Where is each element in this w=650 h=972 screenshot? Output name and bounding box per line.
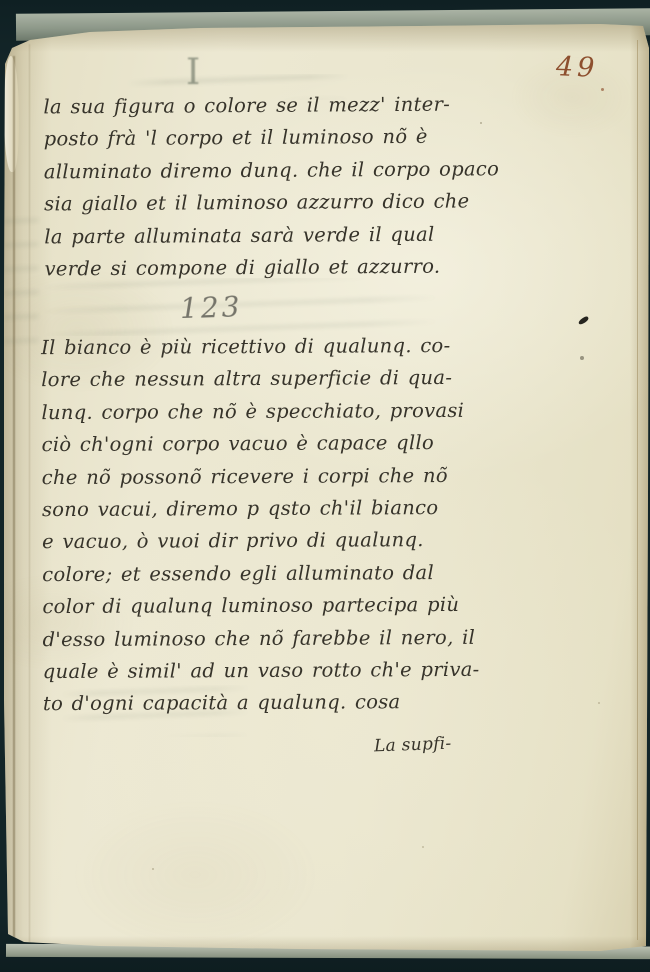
manuscript-line: to d'ogni capacità a qualunq. cosa — [43, 686, 467, 721]
ink-dot — [601, 88, 604, 91]
manuscript-line: sia giallo et il luminoso azzurro dico c… — [44, 186, 454, 221]
manuscript-line: verde si compone di giallo et azzurro. — [44, 251, 454, 286]
manuscript-line: ciò ch'ogni corpo vacuo è capace qllo — [41, 427, 465, 462]
manuscript-line: che nõ possonõ ricevere i corpi che nõ — [42, 460, 466, 495]
bleedthrough-capital: I — [186, 52, 200, 93]
manuscript-line: lunq. corpo che nõ è specchiato, provasi — [41, 395, 465, 430]
folio-number: 49 — [555, 51, 598, 83]
manuscript-photo: I 49 la sua figura o colore se il mezz' … — [0, 0, 650, 972]
manuscript-line: e vacuo, ò vuoi dir privo di qualunq. — [42, 524, 466, 559]
manuscript-line: Il bianco è più ricettivo di qualunq. co… — [41, 330, 465, 365]
manuscript-line: la parte alluminata sarà verde il qual — [44, 218, 454, 253]
manuscript-line: posto frà 'l corpo et il luminoso nõ è — [44, 121, 454, 156]
ink-speck — [578, 315, 590, 325]
manuscript-line: d'esso luminoso che nõ farebbe il nero, … — [43, 622, 467, 657]
paragraph-2: Il bianco è più ricettivo di qualunq. co… — [41, 330, 467, 721]
paragraph-1: la sua figura o colore se il mezz' inter… — [43, 89, 454, 286]
catchword: La supfi- — [374, 734, 452, 757]
manuscript-line: lore che nessun altra superficie di qua- — [41, 362, 465, 397]
manuscript-line: la sua figura o colore se il mezz' inter… — [43, 89, 453, 124]
manuscript-page: I 49 la sua figura o colore se il mezz' … — [0, 0, 650, 972]
manuscript-line: quale è simil' ad un vaso rotto ch'e pri… — [43, 654, 467, 689]
page-edge-crease — [13, 56, 15, 940]
paper-specks — [0, 0, 2, 2]
page-edge-crease — [29, 44, 30, 944]
manuscript-line: alluminato diremo dunq. che il corpo opa… — [44, 153, 454, 188]
manuscript-line: sono vacui, diremo p qsto ch'il bianco — [42, 492, 466, 527]
manuscript-line: color di qualunq luminoso partecipa più — [42, 589, 466, 624]
page-right-shadow — [630, 0, 650, 972]
section-number: 123 — [179, 290, 243, 325]
manuscript-line: colore; et essendo egli alluminato dal — [42, 557, 466, 592]
page-edge-line — [637, 40, 638, 940]
